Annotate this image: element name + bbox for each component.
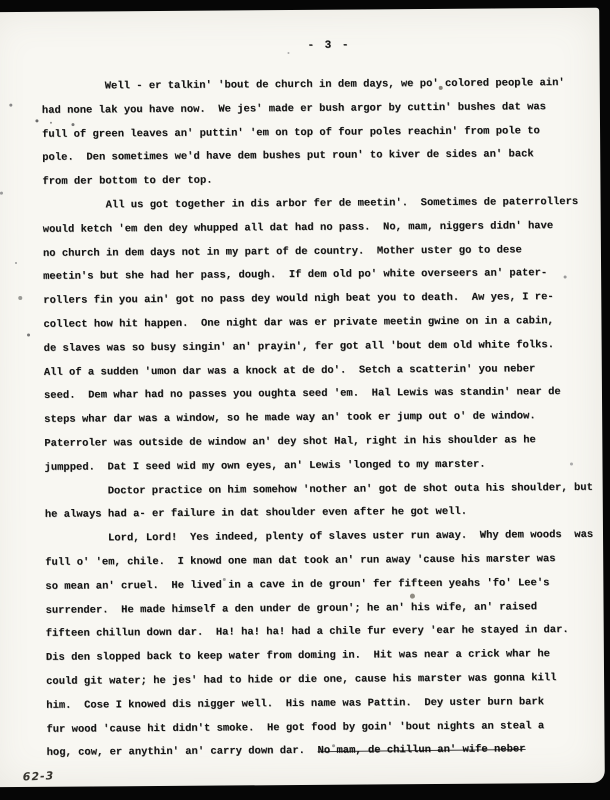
text-line: Well - er talkin' 'bout de church in dem… — [42, 72, 572, 100]
text-line: would ketch 'em den dey whupped all dat … — [43, 215, 573, 243]
text-line: collect how hit happen. One night dar wa… — [43, 310, 573, 338]
text-line: him. Cose I knowed dis nigger well. His … — [46, 691, 576, 719]
handwritten-note: 62-3 — [23, 769, 55, 783]
page-number: - 3 - — [307, 40, 350, 52]
text-line: All us got together in dis arbor fer de … — [43, 191, 573, 219]
paragraph: All us got together in dis arbor fer de … — [43, 191, 575, 480]
document-body: Well - er talkin' 'bout de church in dem… — [42, 72, 577, 766]
text-line: full o' 'em, chile. I knowd one man dat … — [45, 548, 575, 576]
text-line: so mean an' cruel. He lived in a cave in… — [45, 572, 575, 600]
text-line: had none lak you have now. We jes' made … — [42, 96, 572, 124]
struck-text: No mam, de chillun an' wife neber — [318, 744, 526, 758]
paragraph: Doctor practice on him somehow 'nother a… — [45, 477, 575, 528]
paragraph: Lord, Lord! Yes indeed, plenty of slaves… — [45, 524, 577, 766]
text-line: Paterroler was outside de window an' dey… — [44, 429, 574, 457]
text-line: de slaves was so busy singin' an' prayin… — [44, 334, 574, 362]
text-line: could git water; he jes' had to hide or … — [46, 667, 576, 695]
text-segment: hog, cow, er anythin' an' carry down dar… — [47, 745, 318, 759]
text-line: pole. Den sometimes we'd have dem bushes… — [42, 143, 572, 171]
text-line: Doctor practice on him somehow 'nother a… — [45, 477, 575, 505]
paragraph: Well - er talkin' 'bout de church in dem… — [42, 72, 573, 195]
scanned-page: - 3 - Well - er talkin' 'bout de church … — [0, 8, 605, 787]
text-line: hog, cow, er anythin' an' carry down dar… — [47, 738, 577, 766]
